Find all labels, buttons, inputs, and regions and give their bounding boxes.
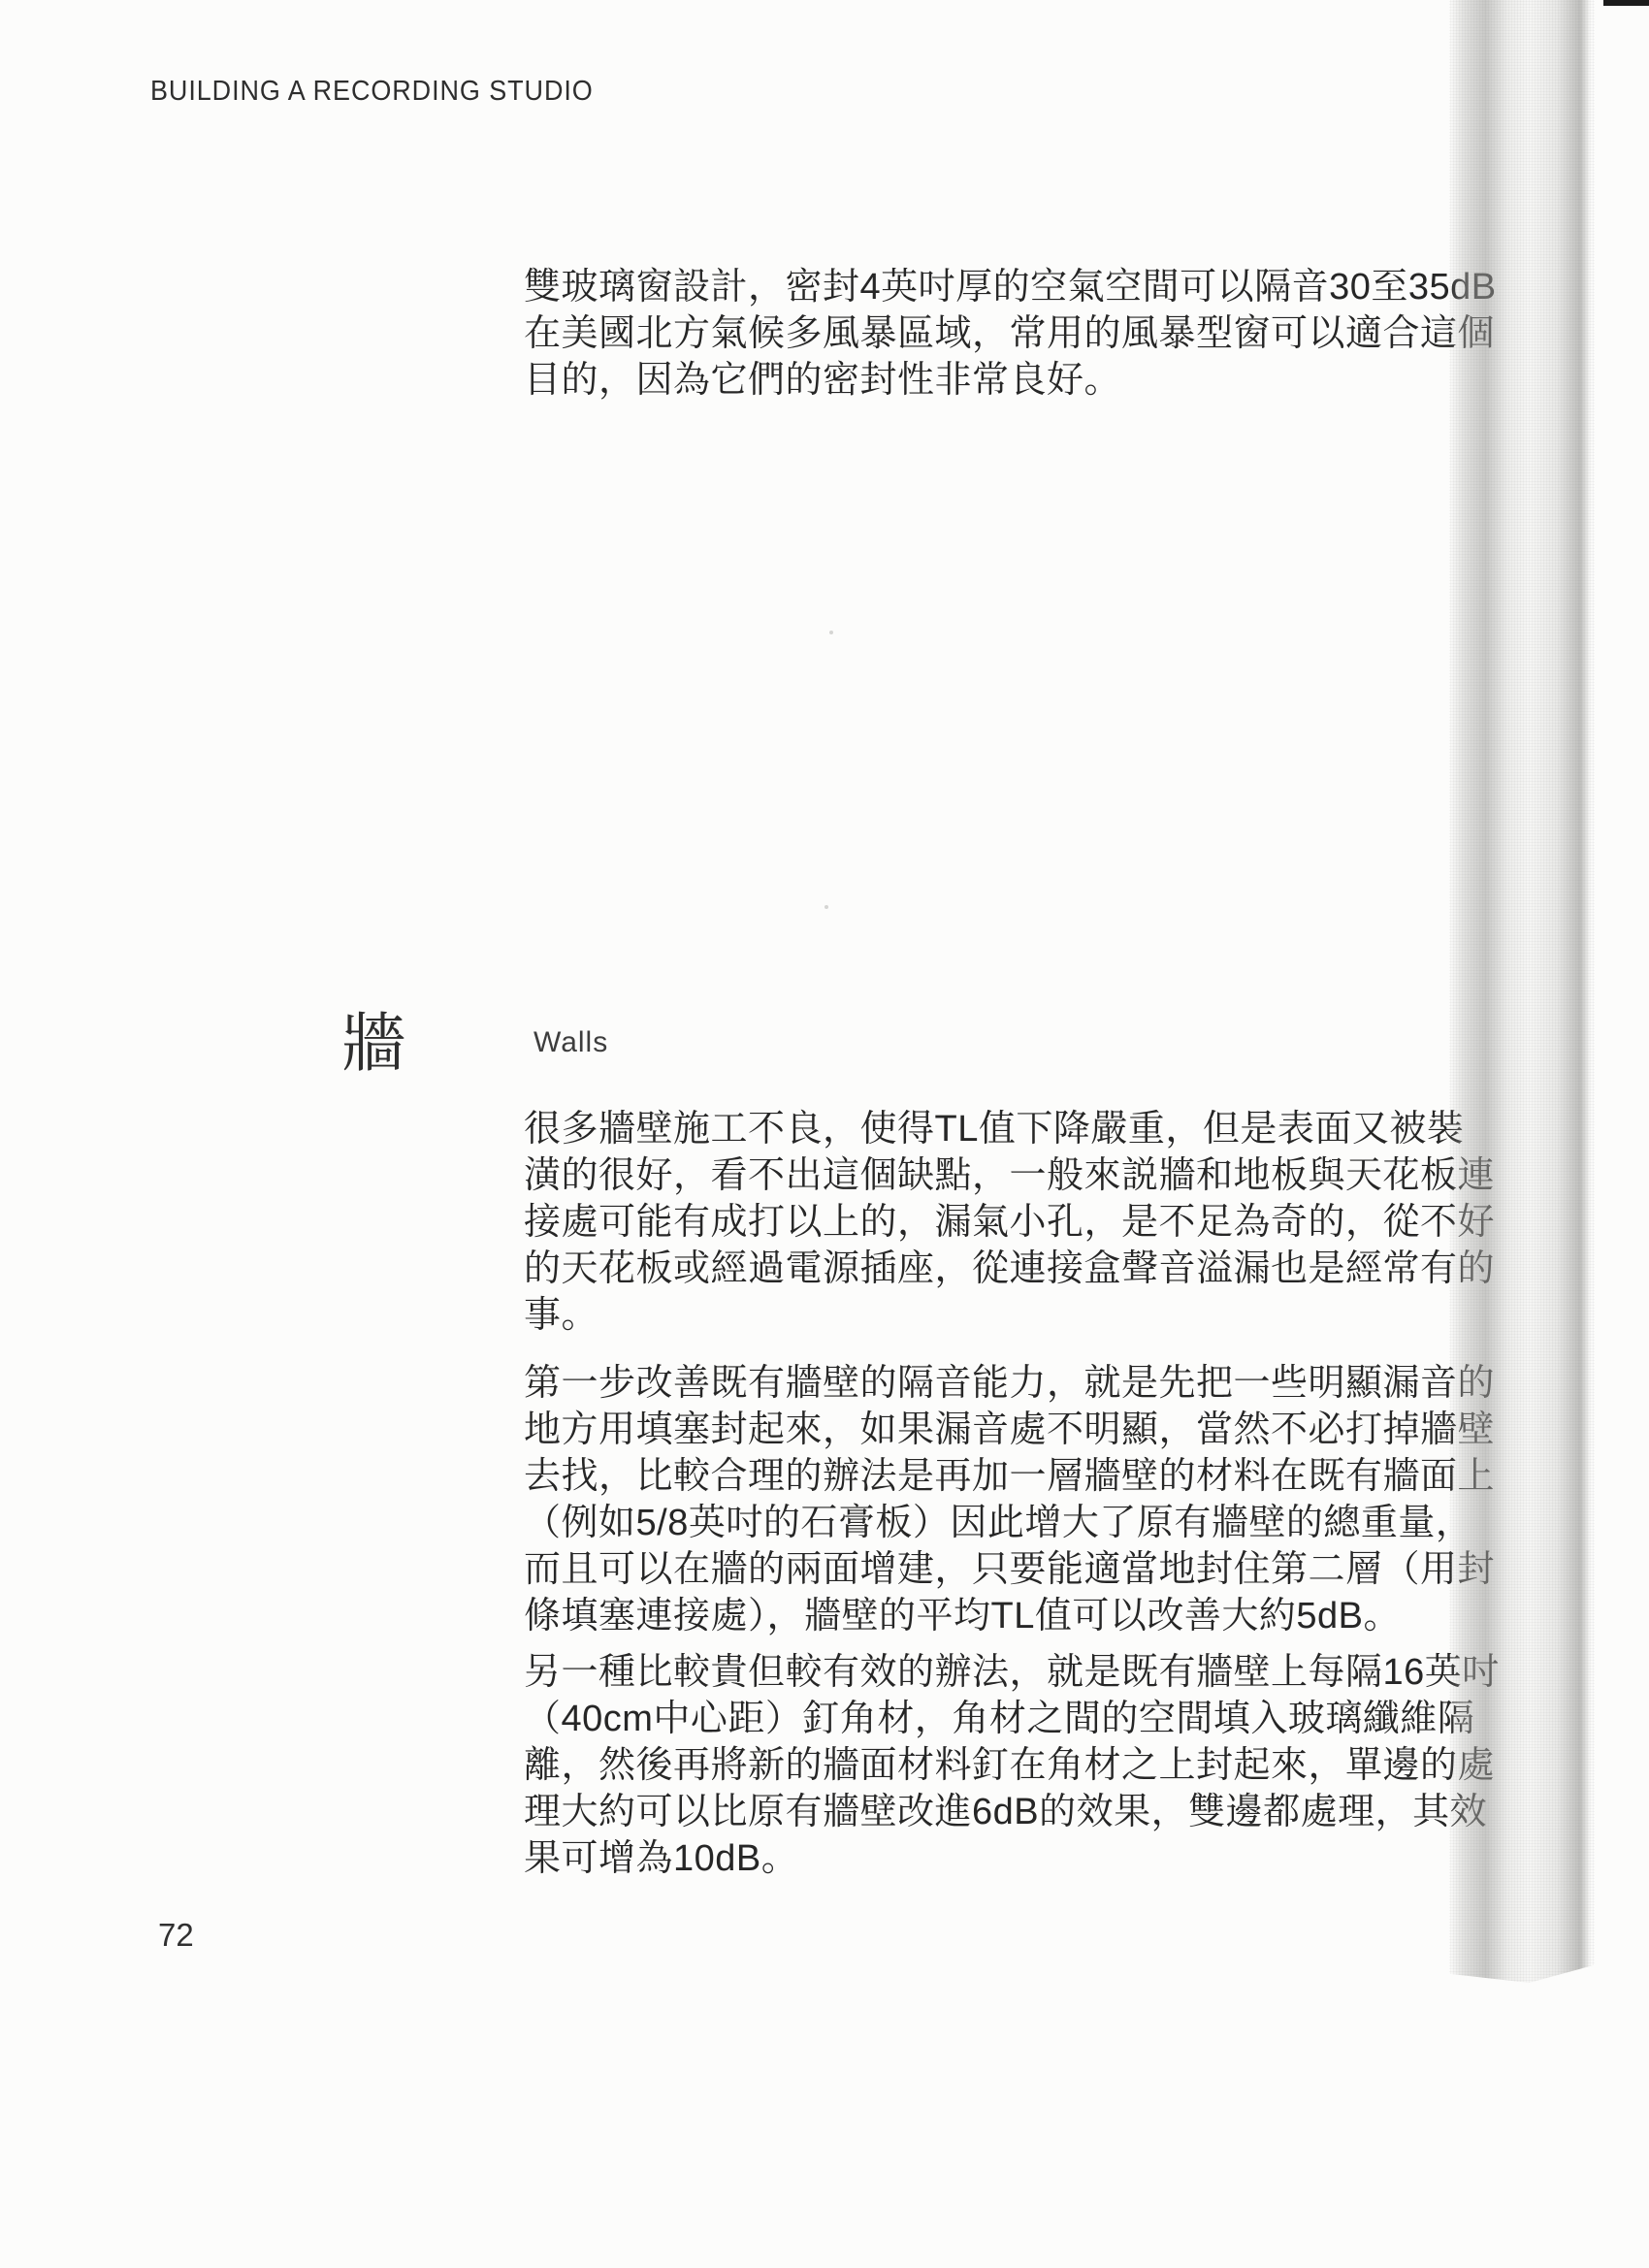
- intro-paragraph: 雙玻璃窗設計，密封4英吋厚的空氣空間可以隔音30至35dB 在美國北方氣候多風暴…: [524, 264, 1503, 404]
- walls-paragraph-1: 很多牆壁施工不良，使得TL值下降嚴重，但是表面又被裝 潢的很好，看不出這個缺點，…: [524, 1106, 1503, 1339]
- scan-corner-mark: [1603, 0, 1649, 6]
- section-heading-cjk: 牆: [341, 1011, 405, 1075]
- walls-paragraph-2: 第一步改善既有牆壁的隔音能力，就是先把一些明顯漏音的 地方用填塞封起來，如果漏音…: [524, 1360, 1503, 1639]
- section-heading-en: Walls: [533, 1026, 608, 1059]
- scan-speck: [824, 905, 828, 909]
- walls-paragraph-3: 另一種比較貴但較有效的辦法，就是既有牆壁上每隔16英吋 （40cm中心距）釘角材…: [524, 1649, 1503, 1882]
- scan-speck: [829, 631, 833, 634]
- running-header: BUILDING A RECORDING STUDIO: [150, 76, 594, 108]
- page-number: 72: [158, 1917, 194, 1954]
- scanned-book-page: BUILDING A RECORDING STUDIO 雙玻璃窗設計，密封4英吋…: [0, 0, 1649, 2268]
- scan-edge-shadow: [1449, 0, 1595, 1983]
